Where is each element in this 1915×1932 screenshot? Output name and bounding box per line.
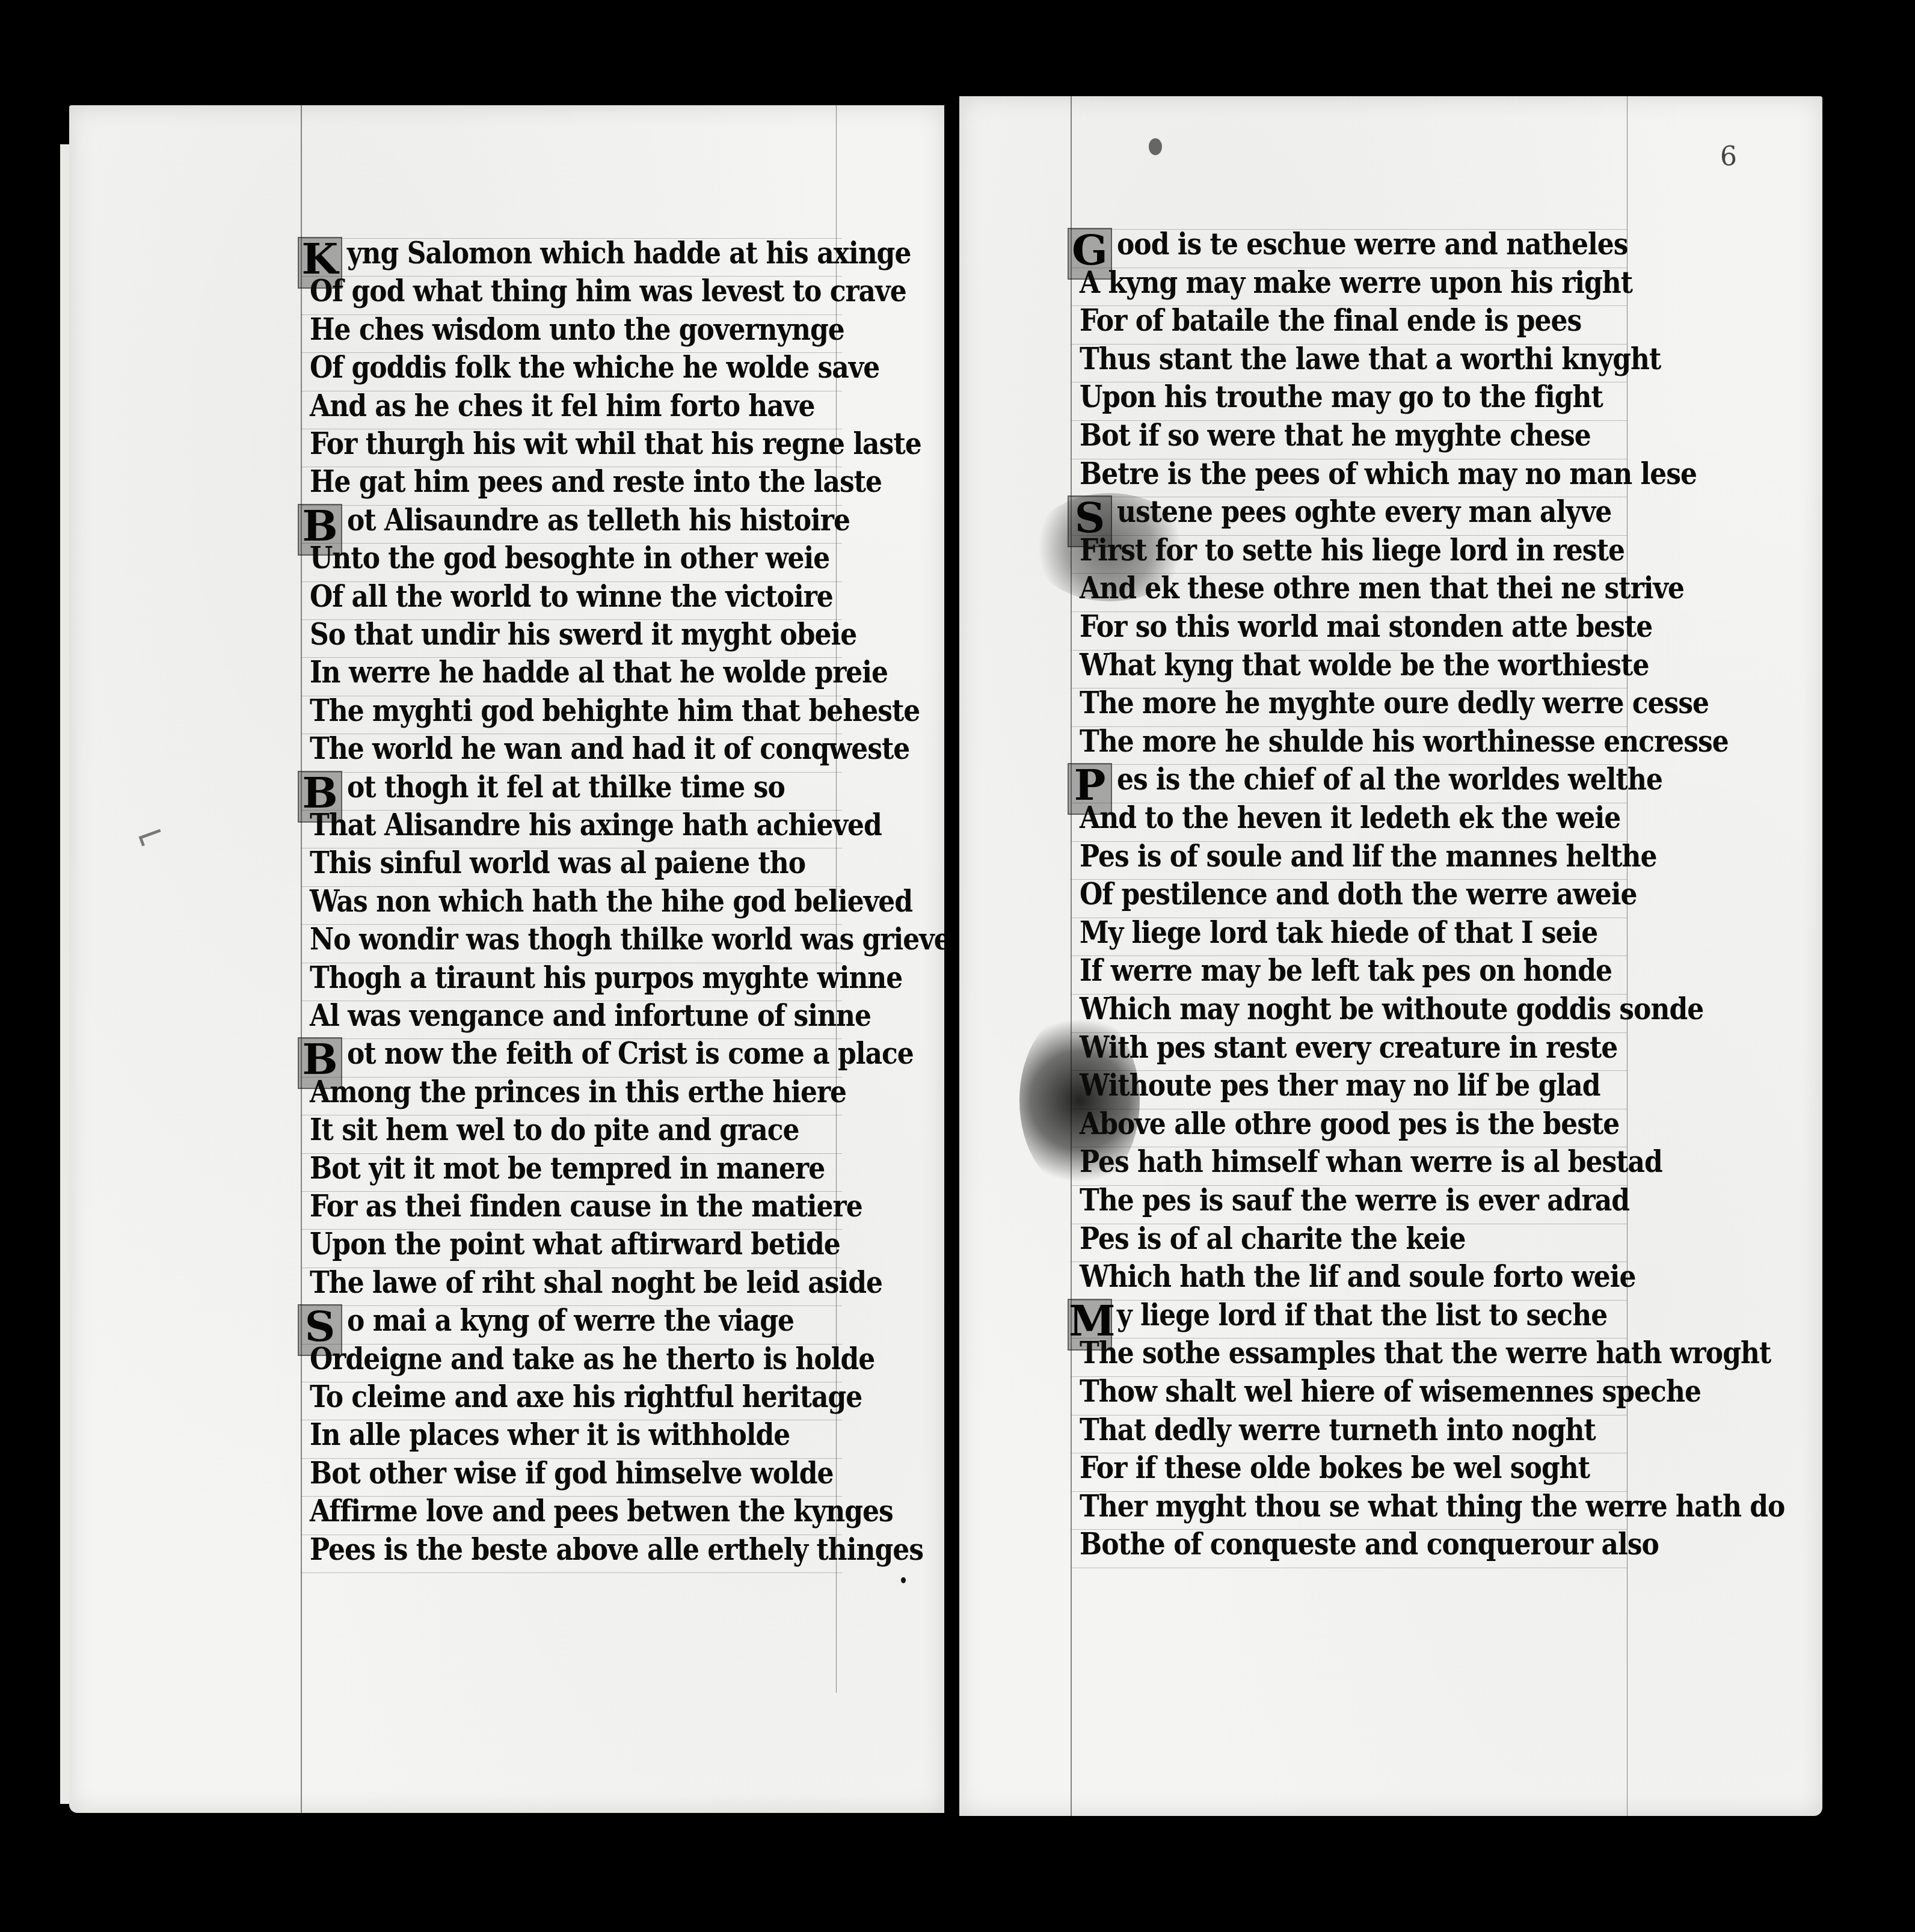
left-page-edge bbox=[60, 144, 70, 1804]
verse-line: And to the heven it ledeth ek the weie bbox=[1080, 800, 1620, 836]
verse-line: The myghti god behighte him that beheste bbox=[310, 693, 920, 729]
right-page: 6 Good is te eschue werre and nathelesA … bbox=[959, 96, 1822, 1816]
verse-line: Which may noght be withoute goddis sonde bbox=[1080, 992, 1703, 1027]
verse-line: For as thei finden cause in the matiere bbox=[310, 1189, 862, 1224]
verse-line: Pes is of soule and lif the mannes helth… bbox=[1080, 839, 1657, 874]
verse-line: Bothe of conqueste and conquerour also bbox=[1080, 1527, 1659, 1563]
verse-line: Unto the god besoghte in other weie bbox=[310, 541, 829, 577]
verse-line: Withoute pes ther may no lif be glad bbox=[1080, 1069, 1600, 1104]
verse-line: Of goddis folk the whiche he wolde save bbox=[310, 351, 879, 386]
verse-line: First for to sette his liege lord in res… bbox=[1080, 533, 1625, 568]
verse-line: For if these olde bokes be wel soght bbox=[1080, 1451, 1590, 1486]
left-text-column: Kyng Salomon which hadde at his axingeOf… bbox=[310, 241, 971, 1744]
verse-line: Pees is the beste above alle erthely thi… bbox=[310, 1532, 923, 1568]
verse-line: With pes stant every creature in reste bbox=[1080, 1030, 1617, 1066]
right-text-column: Good is te eschue werre and nathelesA ky… bbox=[1080, 232, 1801, 1735]
verse-line: Among the princes in this erthe hiere bbox=[310, 1075, 846, 1110]
verse-line: He ches wisdom unto the governynge bbox=[310, 312, 844, 348]
verse-line: ood is te eschue werre and natheles bbox=[1117, 227, 1628, 262]
verse-line: Of pestilence and doth the werre aweie bbox=[1080, 877, 1637, 913]
verse-line: For of bataile the final ende is pees bbox=[1080, 304, 1581, 339]
verse-line: That Alisandre his axinge hath achieved bbox=[310, 808, 882, 843]
verse-line: Which hath the lif and soule forto weie bbox=[1080, 1260, 1635, 1295]
verse-line: That dedly werre turneth into noght bbox=[1080, 1412, 1596, 1448]
verse-line: In werre he hadde al that he wolde preie bbox=[310, 655, 888, 691]
verse-line: Ther myght thou se what thing the werre … bbox=[1080, 1489, 1784, 1524]
verse-line: ot thogh it fel at thilke time so bbox=[347, 770, 785, 805]
verse-line: This sinful world was al paiene tho bbox=[310, 846, 805, 882]
verse-line: In alle places wher it is withholde bbox=[310, 1418, 790, 1453]
verse-line: yng Salomon which hadde at his axinge bbox=[347, 236, 911, 271]
verse-line: Pes hath himself whan werre is al bestad bbox=[1080, 1145, 1662, 1180]
verse-line: No wondir was thogh thilke world was gri… bbox=[310, 922, 968, 958]
folio-number: 6 bbox=[1720, 141, 1737, 172]
verse-line: Thow shalt wel hiere of wisemennes spech… bbox=[1080, 1374, 1701, 1409]
verse-line: For thurgh his wit whil that his regne l… bbox=[310, 426, 921, 462]
verse-line: To cleime and axe his rightful heritage bbox=[310, 1379, 862, 1415]
verse-line: The sothe essamples that the werre hath … bbox=[1080, 1336, 1771, 1372]
verse-line: ot Alisaundre as telleth his histoire bbox=[347, 503, 850, 538]
verse-line: Above alle othre good pes is the beste bbox=[1080, 1106, 1619, 1142]
verse-line: Upon the point what aftirward betide bbox=[310, 1227, 840, 1263]
verse-line: y liege lord if that the list to seche bbox=[1117, 1298, 1607, 1333]
verse-line: Of all the world to winne the victoire bbox=[310, 579, 833, 615]
verse-line: The lawe of riht shal noght be leid asid… bbox=[310, 1265, 882, 1301]
verse-line: Pes is of al charite the keie bbox=[1080, 1221, 1466, 1257]
verse-line: Was non which hath the hihe god believed bbox=[310, 884, 912, 919]
verse-line: Betre is the pees of which may no man le… bbox=[1080, 456, 1697, 492]
verse-line: Of god what thing him was levest to crav… bbox=[310, 274, 906, 310]
verse-line: A kyng may make werre upon his right bbox=[1080, 265, 1632, 301]
verse-line: What kyng that wolde be the worthieste bbox=[1080, 648, 1649, 683]
verse-line: If werre may be left tak pes on honde bbox=[1080, 954, 1612, 989]
verse-line: Al was vengance and infortune of sinne bbox=[310, 998, 871, 1034]
verse-line: The more he myghte oure dedly werre cess… bbox=[1080, 686, 1709, 722]
marginal-mark: ⌐ bbox=[129, 811, 172, 861]
verse-line: es is the chief of al the worldes welthe bbox=[1117, 762, 1662, 798]
verse-line: And ek these othre men that thei ne stri… bbox=[1080, 571, 1684, 607]
verse-line: ot now the feith of Crist is come a plac… bbox=[347, 1037, 914, 1072]
verse-line: Thus stant the lawe that a worthi knyght bbox=[1080, 342, 1661, 377]
verse-line: o mai a kyng of werre the viage bbox=[347, 1304, 794, 1339]
verse-line: And as he ches it fel him forto have bbox=[310, 388, 814, 424]
verse-line: Ordeigne and take as he therto is holde bbox=[310, 1342, 875, 1377]
verse-line: Bot yit it mot be tempred in manere bbox=[310, 1151, 825, 1186]
verse-line: It sit hem wel to do pite and grace bbox=[310, 1113, 799, 1148]
verse-line: So that undir his swerd it myght obeie bbox=[310, 617, 856, 652]
ink-dot bbox=[901, 1577, 906, 1583]
verse-line: He gat him pees and reste into the laste bbox=[310, 465, 882, 500]
verse-line: Bot other wise if god himselve wolde bbox=[310, 1456, 834, 1491]
left-page: ⌐ Kyng Salomon which hadde at his axinge… bbox=[69, 105, 944, 1813]
verse-line: Upon his trouthe may go to the fight bbox=[1080, 380, 1603, 416]
verse-line: Bot if so were that he myghte chese bbox=[1080, 418, 1591, 453]
verse-line: ustene pees oghte every man alyve bbox=[1117, 495, 1611, 530]
left-margin-rule bbox=[301, 105, 302, 1813]
verse-line: Affirme love and pees betwen the kynges bbox=[310, 1494, 893, 1530]
blemish bbox=[1149, 138, 1162, 155]
verse-line: The pes is sauf the werre is ever adrad bbox=[1080, 1183, 1629, 1218]
verse-line: For so this world mai stonden atte beste bbox=[1080, 609, 1652, 645]
verse-line: The world he wan and had it of conqweste bbox=[310, 732, 909, 767]
book-gutter bbox=[944, 96, 959, 1828]
verse-line: My liege lord tak hiede of that I seie bbox=[1080, 915, 1597, 951]
verse-line: Thogh a tiraunt his purpos myghte winne bbox=[310, 960, 902, 996]
verse-line: The more he shulde his worthinesse encre… bbox=[1080, 724, 1729, 759]
